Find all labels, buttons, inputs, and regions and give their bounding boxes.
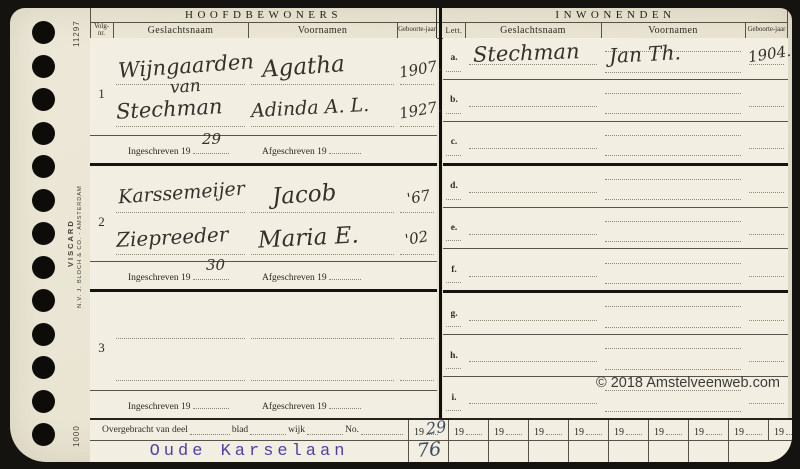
- birthyear-cell: '67 '02: [397, 166, 437, 261]
- surname-cell: [465, 335, 601, 376]
- firstnames-cell: [601, 80, 745, 121]
- handwritten-year-1929: 29: [425, 417, 448, 439]
- birthyear-cell: [745, 293, 788, 334]
- empty-cell: [688, 441, 728, 462]
- inwonenden-row-c: c.: [443, 122, 788, 166]
- firstnames-cell: [601, 249, 745, 290]
- birthyear-cell: [745, 166, 788, 207]
- firstnames-cell: Jan Th.: [601, 38, 745, 79]
- year-cell: 19: [648, 420, 688, 440]
- surname-cell: [465, 377, 601, 418]
- birthyear-cell: [745, 208, 788, 249]
- handwritten-surname: Stechman: [115, 94, 223, 124]
- year-cell: 19: [768, 420, 792, 440]
- firstnames-cell: Agatha Adinda A. L.: [248, 38, 397, 135]
- lett-label: b.: [443, 80, 465, 121]
- copyright-watermark: © 2018 Amstelveenweb.com: [596, 375, 780, 391]
- printer-address: N.V. J. BLOCH & CO. - AMSTERDAM: [77, 176, 83, 308]
- lett-label: f.: [443, 249, 465, 290]
- serial-number-bottom: 1000: [72, 413, 81, 447]
- registration-strip: Ingeschreven 19 29 Afgeschreven 19: [90, 135, 437, 163]
- house-number-cell: 76: [408, 441, 448, 462]
- firstnames-cell: [248, 292, 397, 387]
- surname-cell: Stechman: [465, 38, 601, 79]
- header-geslachtsnaam-left: Geslachtsnaam: [113, 22, 248, 38]
- lett-label: d.: [443, 166, 465, 207]
- surname-cell: [465, 249, 601, 290]
- birthyear-cell: [745, 249, 788, 290]
- empty-cell: [528, 441, 568, 462]
- lett-label: h.: [443, 335, 465, 376]
- year-cell: 19: [688, 420, 728, 440]
- empty-cell: [568, 441, 608, 462]
- firstnames-cell: [601, 208, 745, 249]
- transfer-row: Overgebracht van deel blad wijk No. 19 2…: [90, 418, 792, 440]
- handwritten-firstname: Agatha: [261, 51, 345, 83]
- volgnr-value: 1: [90, 86, 113, 102]
- volgnr-value: 3: [90, 340, 113, 356]
- inwonenden-row-f: f.: [443, 249, 788, 293]
- year-cell: 19: [488, 420, 528, 440]
- header-voornamen-left: Voornamen: [248, 22, 397, 38]
- handwritten-ingeschreven-year: 29: [202, 130, 221, 148]
- inwonenden-section: a. Stechman Jan Th. 1904. b. c. d. e. f.…: [443, 38, 788, 418]
- inwonenden-row-d: d.: [443, 166, 788, 208]
- lett-label: c.: [443, 122, 465, 163]
- transfer-label: blad: [232, 425, 248, 435]
- handwritten-year: 1907.: [398, 56, 443, 81]
- hoofdbewoners-row-1: 1 Wijngaarden van Stechman Agatha Adinda…: [90, 38, 437, 166]
- hoofdbewoners-row-3: 3 Ingeschreven 19 Afgeschreven 19: [90, 292, 437, 418]
- registration-strip: Ingeschreven 19 30 Afgeschreven 19: [90, 261, 437, 289]
- empty-cell: [728, 441, 768, 462]
- street-stamp-cell: Oude Karselaan: [90, 441, 408, 462]
- firstnames-cell: [601, 122, 745, 163]
- year-cell-filled: 19 29: [408, 420, 448, 440]
- empty-cell: [448, 441, 488, 462]
- afgeschreven-label: Afgeschreven 19: [262, 270, 363, 283]
- transfer-label: Overgebracht van deel: [102, 425, 188, 435]
- year-cell: 19: [528, 420, 568, 440]
- year-cell: 19: [448, 420, 488, 440]
- birthyear-cell: 1904.: [745, 38, 788, 79]
- handwritten-year: 1927.: [398, 97, 443, 122]
- firstnames-cell: [601, 166, 745, 207]
- year-cell: 19: [728, 420, 768, 440]
- handwritten-firstname: Jacob: [271, 180, 337, 210]
- transfer-line: Overgebracht van deel blad wijk No.: [90, 420, 408, 440]
- birthyear-cell: [745, 335, 788, 376]
- firstnames-cell: Jacob Maria E.: [248, 166, 397, 261]
- handwritten-surname: Ziepreeder: [115, 222, 228, 252]
- lett-label: a.: [443, 38, 465, 79]
- printer-brand: VISCARD: [66, 211, 75, 267]
- header-geslachtsnaam-right: Geslachtsnaam: [465, 22, 601, 38]
- firstnames-cell: [601, 335, 745, 376]
- year-cell: 19: [568, 420, 608, 440]
- header-lett: Lett.: [443, 22, 465, 38]
- header-volgnr: Volg-nr.: [91, 22, 112, 38]
- volgnr-value: 2: [90, 214, 113, 230]
- inwonenden-row-b: b.: [443, 80, 788, 122]
- surname-cell: Wijngaarden van Stechman: [113, 38, 248, 135]
- transfer-label: wijk: [288, 425, 305, 435]
- empty-cell: [648, 441, 688, 462]
- surname-cell: [465, 80, 601, 121]
- firstnames-cell: [601, 293, 745, 334]
- birthyear-cell: [745, 122, 788, 163]
- transfer-label: No.: [345, 425, 359, 435]
- handwritten-year: '67: [406, 186, 432, 208]
- ingeschreven-label: Ingeschreven 19: [128, 399, 231, 412]
- surname-cell: [465, 122, 601, 163]
- surname-cell: [113, 292, 248, 387]
- handwritten-year: 1904.: [747, 42, 792, 66]
- lett-label: g.: [443, 293, 465, 334]
- inwonenden-row-h: h.: [443, 335, 788, 377]
- handwritten-year: '02: [404, 227, 430, 249]
- lett-label: e.: [443, 208, 465, 249]
- registration-strip: Ingeschreven 19 Afgeschreven 19: [90, 390, 437, 418]
- inwonenden-row-a: a. Stechman Jan Th. 1904.: [443, 38, 788, 80]
- handwritten-firstname: Adinda A. L.: [251, 94, 370, 122]
- lett-label: i.: [443, 377, 465, 418]
- afgeschreven-label: Afgeschreven 19: [262, 144, 363, 157]
- street-name-stamp: Oude Karselaan: [150, 442, 349, 461]
- stamp-row: Oude Karselaan 76: [90, 440, 792, 462]
- binding-holes: [32, 21, 55, 457]
- inwonenden-row-g: g.: [443, 293, 788, 335]
- header-geboortejaar-left: Geboorte-jaar: [398, 22, 436, 38]
- header-geboortejaar-right: Geboorte-jaar: [746, 22, 787, 38]
- header-voornamen-right: Voornamen: [601, 22, 745, 38]
- surname-cell: [465, 208, 601, 249]
- empty-cell: [488, 441, 528, 462]
- handwritten-firstname: Jan Th.: [608, 40, 681, 68]
- surname-cell: Karssemeijer Ziepreeder: [113, 166, 248, 261]
- inwonenden-row-e: e.: [443, 208, 788, 250]
- section-title-hoofdbewoners: HOOFDBEWONERS: [90, 8, 437, 22]
- handwritten-ingeschreven-year: 30: [206, 256, 225, 274]
- empty-cell: [608, 441, 648, 462]
- hoofdbewoners-row-2: 2 Karssemeijer Ziepreeder Jacob Maria E.…: [90, 166, 437, 292]
- handwritten-surname: Karssemeijer: [117, 178, 245, 209]
- birthyear-cell: 1907. 1927.: [397, 38, 437, 135]
- handwritten-surname: Stechman: [473, 39, 580, 67]
- birthyear-cell: [745, 80, 788, 121]
- birthyear-cell: [397, 292, 437, 387]
- section-title-inwonenden: INWONENDEN: [443, 8, 788, 22]
- surname-cell: [465, 293, 601, 334]
- afgeschreven-label: Afgeschreven 19: [262, 399, 363, 412]
- surname-cell: [465, 166, 601, 207]
- hoofdbewoners-section: 1 Wijngaarden van Stechman Agatha Adinda…: [90, 38, 437, 418]
- population-register-card: 11297 VISCARD N.V. J. BLOCH & CO. - AMST…: [10, 8, 792, 462]
- handwritten-house-number: 76: [416, 438, 442, 462]
- year-cell: 19: [608, 420, 648, 440]
- handwritten-firstname: Maria E.: [257, 222, 359, 253]
- serial-number-top: 11297: [72, 11, 81, 47]
